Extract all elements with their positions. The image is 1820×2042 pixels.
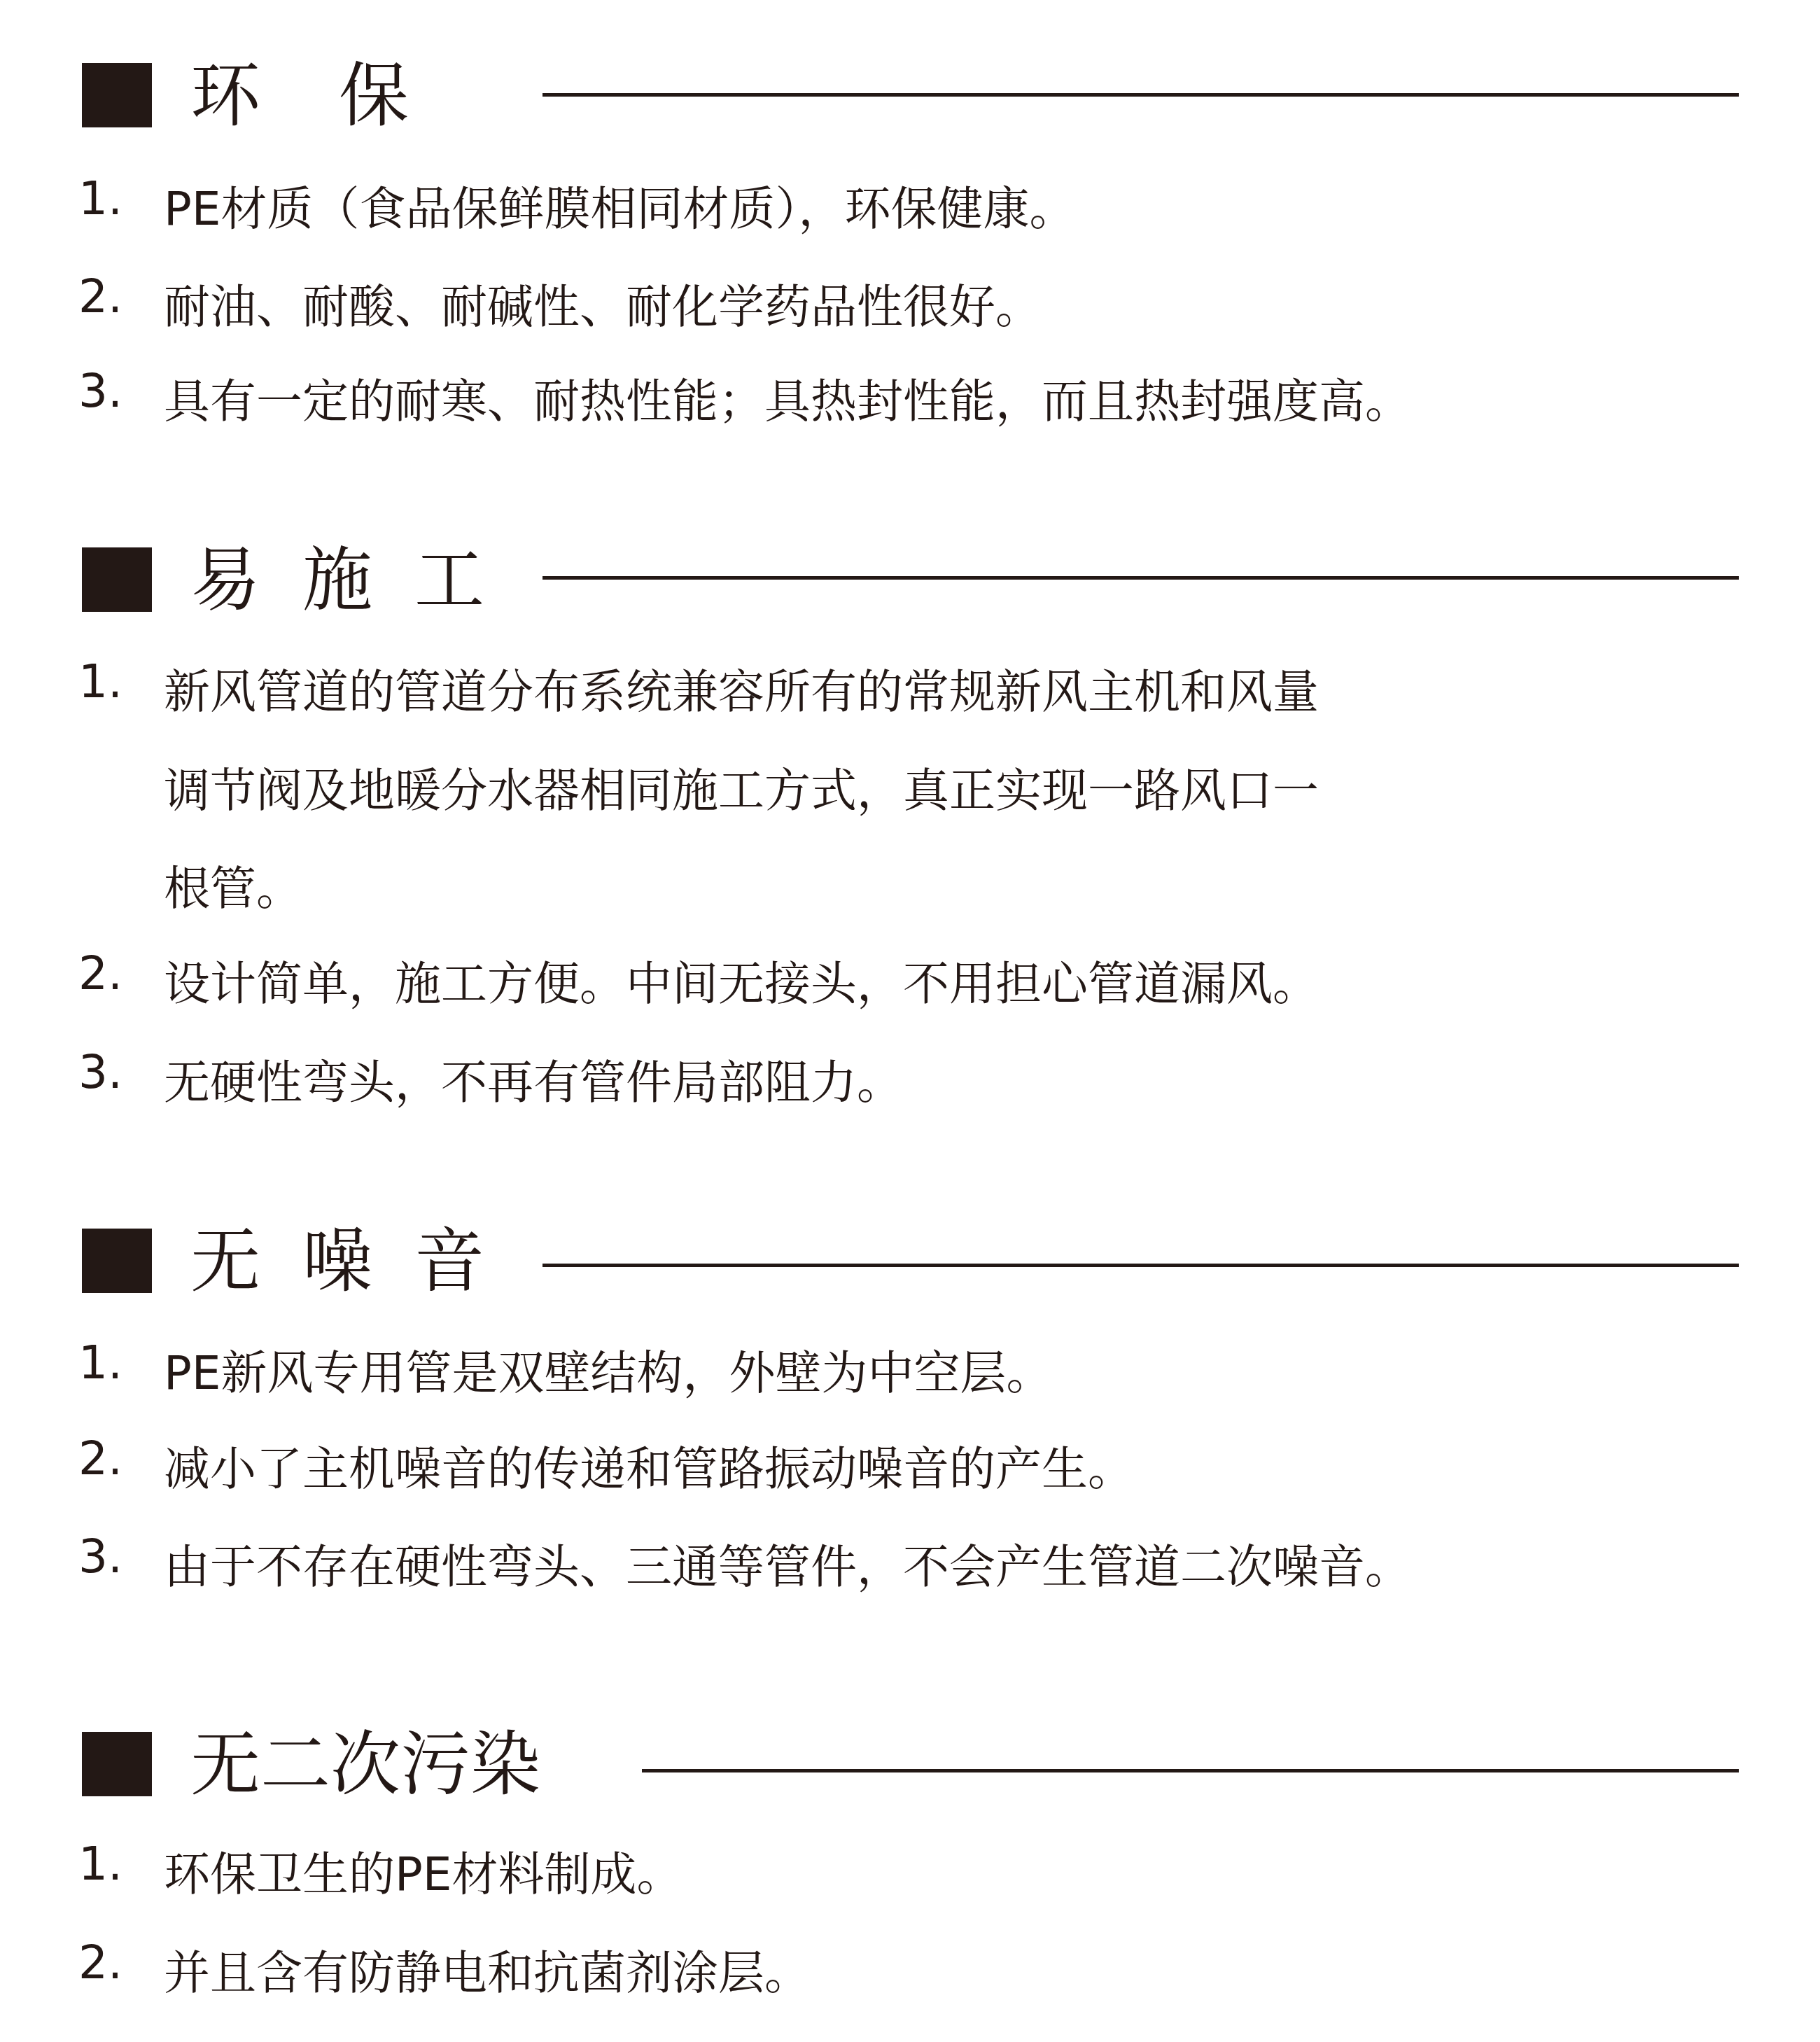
item-number: 1. (78, 172, 122, 225)
item-text-line: 根管。 (164, 851, 302, 918)
item-text: 具有一定的耐寒、耐热性能；具热封性能，而且热封强度高。 (164, 364, 1411, 431)
square-bullet-icon (82, 547, 152, 612)
item-number: 1. (78, 1336, 122, 1390)
section-heading: 无二次污染 (0, 1732, 1820, 1799)
item-text: PE新风专用管是双壁结构，外壁为中空层。 (164, 1336, 1053, 1402)
item-text: 耐油、耐酸、耐碱性、耐化学药品性很好。 (164, 270, 1042, 336)
square-bullet-icon (82, 1229, 152, 1293)
square-bullet-icon (82, 1732, 152, 1796)
item-text: 无硬性弯头，不再有管件局部阻力。 (164, 1045, 903, 1112)
heading-char: 保 (339, 57, 409, 134)
heading-char: 易 (190, 542, 260, 619)
heading-title: 无二次污染 (190, 1726, 540, 1803)
item-number: 3. (78, 1530, 122, 1583)
heading-char: 施 (302, 542, 372, 619)
item-number: 2. (78, 1936, 122, 1989)
heading-char: 工 (414, 542, 484, 619)
item-text: 并且含有防静电和抗菌剂涂层。 (164, 1936, 811, 2002)
section-heading: 无 噪 音 (0, 1229, 1820, 1296)
item-number: 1. (78, 655, 122, 708)
item-number: 2. (78, 946, 122, 1000)
item-number: 3. (78, 1045, 122, 1099)
heading-divider (542, 1264, 1739, 1267)
heading-char: 无 (190, 1223, 260, 1300)
item-text: 由于不存在硬性弯头、三通等管件，不会产生管道二次噪音。 (164, 1530, 1411, 1596)
heading-divider (642, 1769, 1739, 1772)
section-heading: 环 保 (0, 63, 1820, 130)
item-text: 环保卫生的PE材料制成。 (164, 1837, 683, 1903)
heading-char: 噪 (302, 1223, 372, 1300)
item-text-line: 新风管道的管道分布系统兼容所有的常规新风主机和风量 (164, 655, 1319, 721)
heading-char: 环 (190, 57, 260, 134)
heading-divider (542, 93, 1739, 97)
heading-divider (542, 576, 1739, 580)
item-number: 2. (78, 1432, 122, 1485)
item-number: 1. (78, 1837, 122, 1891)
item-text-line: 调节阀及地暖分水器相同施工方式，真正实现一路风口一 (164, 753, 1319, 820)
section-heading: 易 施 工 (0, 547, 1820, 615)
item-text: PE材质（食品保鲜膜相同材质），环保健康。 (164, 172, 1076, 238)
item-text: 设计简单，施工方便。中间无接头，不用担心管道漏风。 (164, 946, 1319, 1013)
item-number: 3. (78, 364, 122, 418)
item-text: 减小了主机噪音的传递和管路振动噪音的产生。 (164, 1432, 1134, 1498)
square-bullet-icon (82, 63, 152, 127)
heading-char: 音 (414, 1223, 484, 1300)
item-number: 2. (78, 270, 122, 323)
